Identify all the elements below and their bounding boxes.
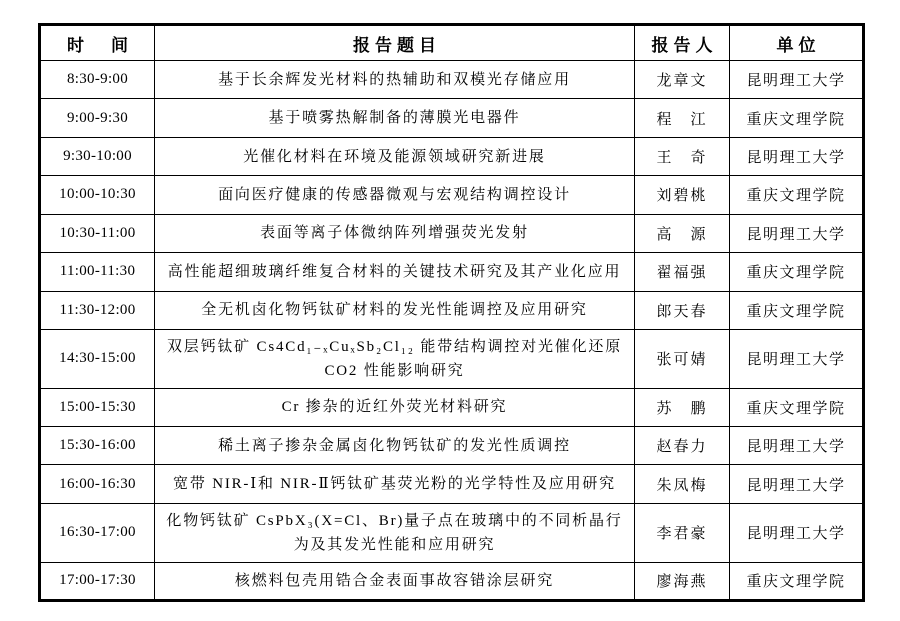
speaker-cell: 朱凤梅 (635, 465, 730, 503)
title-cell: 稀土离子掺杂金属卤化物钙钛矿的发光性质调控 (155, 427, 635, 465)
time-cell: 14:30-15:00 (40, 329, 155, 388)
speaker-cell: 李君豪 (635, 503, 730, 562)
title-cell: 宽带 NIR-Ⅰ和 NIR-Ⅱ钙钛矿基荧光粉的光学特性及应用研究 (155, 465, 635, 503)
header-cell-org: 单位 (730, 25, 864, 61)
table-row: 14:30-15:00 双层钙钛矿 Cs4Cd₁₋ₓCuₓSb₂Cl₁₂ 能带结… (40, 329, 864, 388)
org-cell: 昆明理工大学 (730, 61, 864, 99)
org-cell: 昆明理工大学 (730, 503, 864, 562)
speaker-cell: 张可婧 (635, 329, 730, 388)
time-cell: 10:00-10:30 (40, 176, 155, 214)
org-cell: 重庆文理学院 (730, 176, 864, 214)
table-row: 10:00-10:30 面向医疗健康的传感器微观与宏观结构调控设计 刘碧桃 重庆… (40, 176, 864, 214)
table-row: 15:30-16:00 稀土离子掺杂金属卤化物钙钛矿的发光性质调控 赵春力 昆明… (40, 427, 864, 465)
header-cell-speaker: 报告人 (635, 25, 730, 61)
speaker-cell: 龙章文 (635, 61, 730, 99)
title-cell: 表面等离子体微纳阵列增强荧光发射 (155, 214, 635, 252)
header-row: 时 间 报告题目 报告人 单位 (40, 25, 864, 61)
time-cell: 16:30-17:00 (40, 503, 155, 562)
speaker-cell: 苏 鹏 (635, 388, 730, 426)
schedule-table-container: 时 间 报告题目 报告人 单位 8:30-9:00 基于长余辉发光材料的热辅助和… (38, 23, 862, 602)
time-cell: 9:00-9:30 (40, 99, 155, 137)
speaker-cell: 刘碧桃 (635, 176, 730, 214)
time-cell: 16:00-16:30 (40, 465, 155, 503)
speaker-cell: 廖海燕 (635, 562, 730, 601)
title-cell: 高性能超细玻璃纤维复合材料的关键技术研究及其产业化应用 (155, 253, 635, 291)
title-cell: 全无机卤化物钙钛矿材料的发光性能调控及应用研究 (155, 291, 635, 329)
header-cell-title: 报告题目 (155, 25, 635, 61)
table-row: 16:00-16:30 宽带 NIR-Ⅰ和 NIR-Ⅱ钙钛矿基荧光粉的光学特性及… (40, 465, 864, 503)
title-cell: 化物钙钛矿 CsPbX₃(X=Cl、Br)量子点在玻璃中的不同析晶行为及其发光性… (155, 503, 635, 562)
org-cell: 昆明理工大学 (730, 427, 864, 465)
speaker-cell: 高 源 (635, 214, 730, 252)
speaker-cell: 翟福强 (635, 253, 730, 291)
table-row: 9:00-9:30 基于喷雾热解制备的薄膜光电器件 程 江 重庆文理学院 (40, 99, 864, 137)
table-row: 8:30-9:00 基于长余辉发光材料的热辅助和双模光存储应用 龙章文 昆明理工… (40, 61, 864, 99)
title-cell: 光催化材料在环境及能源领域研究新进展 (155, 137, 635, 175)
table-row: 17:00-17:30 核燃料包壳用锆合金表面事故容错涂层研究 廖海燕 重庆文理… (40, 562, 864, 601)
table-row: 10:30-11:00 表面等离子体微纳阵列增强荧光发射 高 源 昆明理工大学 (40, 214, 864, 252)
speaker-cell: 赵春力 (635, 427, 730, 465)
org-cell: 昆明理工大学 (730, 214, 864, 252)
time-cell: 9:30-10:00 (40, 137, 155, 175)
time-cell: 10:30-11:00 (40, 214, 155, 252)
title-cell: 面向医疗健康的传感器微观与宏观结构调控设计 (155, 176, 635, 214)
time-cell: 15:30-16:00 (40, 427, 155, 465)
org-cell: 重庆文理学院 (730, 291, 864, 329)
org-cell: 昆明理工大学 (730, 465, 864, 503)
time-cell: 15:00-15:30 (40, 388, 155, 426)
table-row: 11:30-12:00 全无机卤化物钙钛矿材料的发光性能调控及应用研究 郎天春 … (40, 291, 864, 329)
title-cell: 双层钙钛矿 Cs4Cd₁₋ₓCuₓSb₂Cl₁₂ 能带结构调控对光催化还原 CO… (155, 329, 635, 388)
header-cell-time: 时 间 (40, 25, 155, 61)
org-cell: 重庆文理学院 (730, 388, 864, 426)
table-row: 11:00-11:30 高性能超细玻璃纤维复合材料的关键技术研究及其产业化应用 … (40, 253, 864, 291)
table-row: 16:30-17:00 化物钙钛矿 CsPbX₃(X=Cl、Br)量子点在玻璃中… (40, 503, 864, 562)
title-cell: 基于喷雾热解制备的薄膜光电器件 (155, 99, 635, 137)
time-cell: 17:00-17:30 (40, 562, 155, 601)
time-cell: 11:30-12:00 (40, 291, 155, 329)
table-row: 9:30-10:00 光催化材料在环境及能源领域研究新进展 王 奇 昆明理工大学 (40, 137, 864, 175)
org-cell: 昆明理工大学 (730, 137, 864, 175)
title-cell: 核燃料包壳用锆合金表面事故容错涂层研究 (155, 562, 635, 601)
table-row: 15:00-15:30 Cr 掺杂的近红外荧光材料研究 苏 鹏 重庆文理学院 (40, 388, 864, 426)
title-cell: 基于长余辉发光材料的热辅助和双模光存储应用 (155, 61, 635, 99)
time-cell: 8:30-9:00 (40, 61, 155, 99)
page: { "table": { "border_color": "#000000", … (0, 0, 900, 621)
org-cell: 重庆文理学院 (730, 253, 864, 291)
org-cell: 重庆文理学院 (730, 99, 864, 137)
schedule-table: 时 间 报告题目 报告人 单位 8:30-9:00 基于长余辉发光材料的热辅助和… (38, 23, 865, 602)
title-cell: Cr 掺杂的近红外荧光材料研究 (155, 388, 635, 426)
org-cell: 昆明理工大学 (730, 329, 864, 388)
speaker-cell: 郎天春 (635, 291, 730, 329)
org-cell: 重庆文理学院 (730, 562, 864, 601)
speaker-cell: 王 奇 (635, 137, 730, 175)
time-cell: 11:00-11:30 (40, 253, 155, 291)
speaker-cell: 程 江 (635, 99, 730, 137)
